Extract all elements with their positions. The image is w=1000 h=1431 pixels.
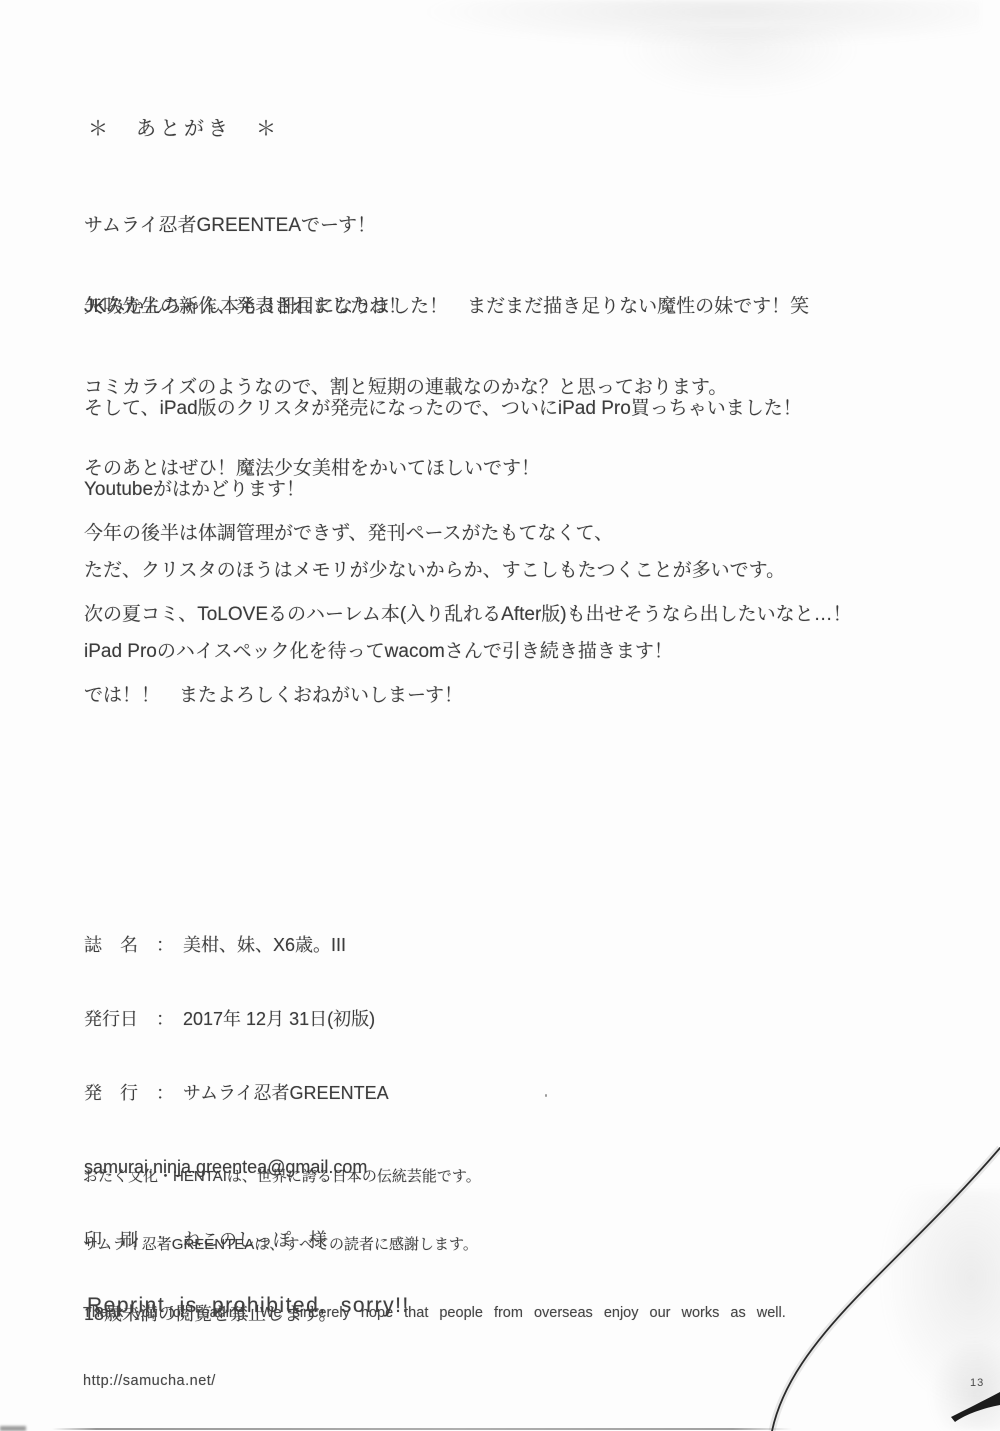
afterword-heading: ＊ あとがき ＊ bbox=[88, 112, 280, 141]
afterword-line: 次の夏コミ、ToLOVEるのハーレム本(入り乱れるAfter版)も出せそうなら出… bbox=[84, 601, 852, 628]
afterword-line: 今年の後半は体調管理ができず、発刊ペースがたもてなくて、 bbox=[84, 520, 852, 547]
scanned-afterword-page: ＊ あとがき ＊ サムライ忍者GREENTEAでーす！ JKみかんちゃん本も３冊… bbox=[0, 0, 1000, 1431]
afterword-line: サムライ忍者GREENTEAでーす！ bbox=[84, 212, 809, 239]
scan-smudge-top-secondary bbox=[620, 28, 860, 98]
closing-note-line: サムライ忍者GREENTEAは、すべての読者に感謝します。 bbox=[83, 1234, 786, 1257]
closing-notes: おたく文化・HENTAIは、世界に誇る日本の伝統芸能です。 サムライ忍者GREE… bbox=[83, 1121, 786, 1431]
reprint-notice: Reprint is prohibited, sorry!! bbox=[87, 1294, 410, 1318]
afterword-paragraph-4: 今年の後半は体調管理ができず、発刊ペースがたもてなくて、 次の夏コミ、ToLOV… bbox=[84, 466, 852, 763]
afterword-line: そして、iPad版のクリスタが発売になったので、ついにiPad Pro買っちゃい… bbox=[84, 395, 802, 422]
scan-smudge-top bbox=[420, 0, 980, 48]
closing-note-line: おたく文化・HENTAIは、世界に誇る日本の伝統芸能です。 bbox=[83, 1166, 786, 1189]
afterword-line: では！！ またよろしくおねがいしまーす！ bbox=[84, 682, 852, 709]
colophon-date-line: 発行日 ： 2017年 12月 31日(初版) bbox=[84, 1007, 389, 1032]
colophon-publisher-line: 発 行 ： サムライ忍者GREENTEA bbox=[84, 1081, 389, 1106]
scan-speck bbox=[545, 1094, 547, 1097]
afterword-line: 矢吹先生の新作、発表されましたね！ bbox=[84, 293, 727, 320]
colophon-title-line: 誌 名 ： 美柑、妹、X6歳。III bbox=[84, 933, 389, 958]
page-number: 13 bbox=[970, 1377, 984, 1389]
website-url-text: http://samucha.net/ bbox=[83, 1370, 786, 1393]
scan-smudge-corner bbox=[930, 1340, 1000, 1430]
scan-corner-blob bbox=[0, 1426, 26, 1431]
